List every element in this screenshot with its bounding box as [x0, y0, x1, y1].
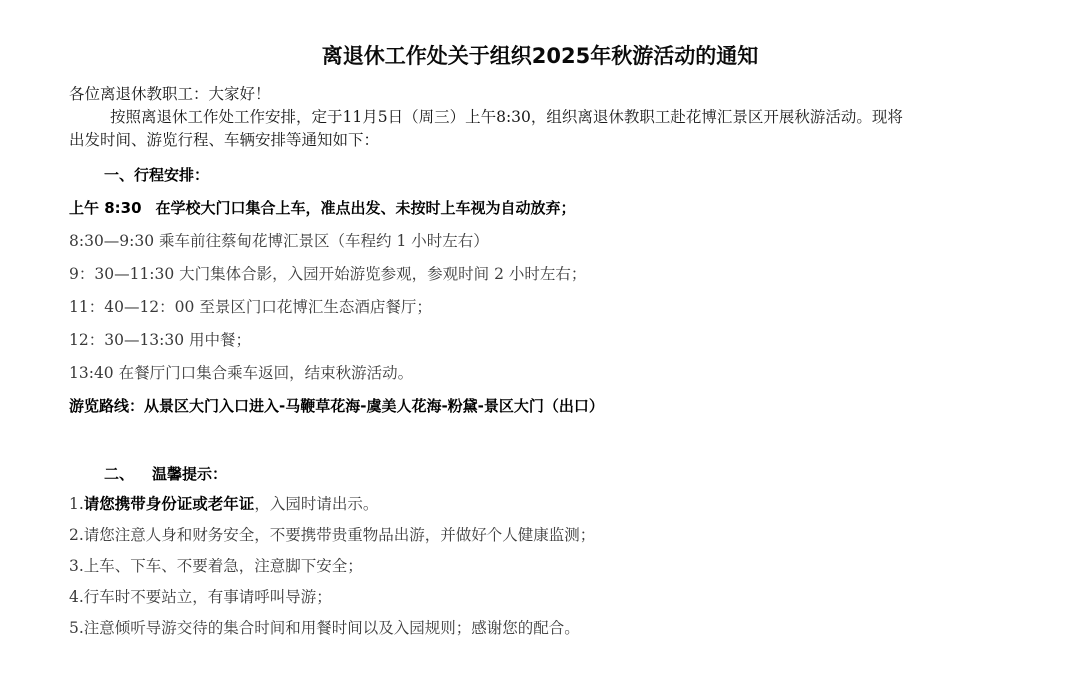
tip-text: 请您注意人身和财务安全，不要携带贵重物品出游，并做好个人健康监测； — [84, 526, 596, 544]
intro-paragraph-line-1: 按照离退休工作处工作安排，定于11月5日（周三）上午8:30，组织离退休教职工赴… — [110, 106, 903, 128]
assembly-line: 上午 8:30在学校大门口集合上车，准点出发、未按时上车视为自动放弃； — [69, 197, 576, 219]
tip-text: 上车、下车、不要着急，注意脚下安全； — [84, 557, 363, 575]
document-page: 离退休工作处关于组织2025年秋游活动的通知 各位离退休教职工：大家好！ 按照离… — [0, 0, 1080, 698]
schedule-item: 12：30—13:30 用中餐； — [69, 329, 251, 351]
schedule-item: 13:40 在餐厅门口集合乘车返回，结束秋游活动。 — [69, 362, 413, 384]
tip-item: 3.上车、下车、不要着急，注意脚下安全； — [69, 555, 363, 577]
assembly-text: 在学校大门口集合上车，准点出发、未按时上车视为自动放弃； — [156, 199, 576, 217]
tip-item: 2.请您注意人身和财务安全，不要携带贵重物品出游，并做好个人健康监测； — [69, 524, 595, 546]
tip-item: 1.请您携带身份证或老年证，入园时请出示。 — [69, 493, 378, 515]
tip-text: 行车时不要站立，有事请呼叫导游； — [84, 588, 332, 606]
schedule-item: 8:30—9:30 乘车前往蔡甸花博汇景区（车程约 1 小时左右） — [69, 230, 489, 252]
tip-item: 5.注意倾听导游交待的集合时间和用餐时间以及入园规则；感谢您的配合。 — [69, 617, 580, 639]
schedule-item: 9：30—11:30 大门集体合影，入园开始游览参观，参观时间 2 小时左右； — [69, 263, 586, 285]
tip-text: 注意倾听导游交待的集合时间和用餐时间以及入园规则；感谢您的配合。 — [84, 619, 580, 637]
document-title: 离退休工作处关于组织2025年秋游活动的通知 — [0, 40, 1080, 70]
section-heading-tips: 二、温馨提示： — [104, 463, 227, 485]
tip-number: 1. — [69, 495, 84, 513]
tip-number: 2. — [69, 526, 84, 544]
schedule-item: 11：40—12：00 至景区门口花博汇生态酒店餐厅； — [69, 296, 432, 318]
tip-text: ，入园时请出示。 — [254, 495, 378, 513]
section-heading-itinerary: 一、行程安排： — [104, 164, 209, 186]
tip-number: 3. — [69, 557, 84, 575]
assembly-time: 上午 8:30 — [69, 199, 142, 217]
tip-bold-text: 请您携带身份证或老年证 — [84, 495, 255, 513]
greeting-text: 各位离退休教职工：大家好！ — [69, 83, 271, 105]
tip-item: 4.行车时不要站立，有事请呼叫导游； — [69, 586, 332, 608]
section-heading-tips-text: 温馨提示： — [152, 465, 227, 483]
tip-number: 4. — [69, 588, 84, 606]
tip-number: 5. — [69, 619, 84, 637]
intro-paragraph-line-2: 出发时间、游览行程、车辆安排等通知如下： — [69, 129, 379, 151]
section-heading-tips-number: 二、 — [104, 465, 134, 483]
tour-route: 游览路线：从景区大门入口进入-马鞭草花海-虞美人花海-粉黛-景区大门（出口） — [69, 395, 604, 417]
